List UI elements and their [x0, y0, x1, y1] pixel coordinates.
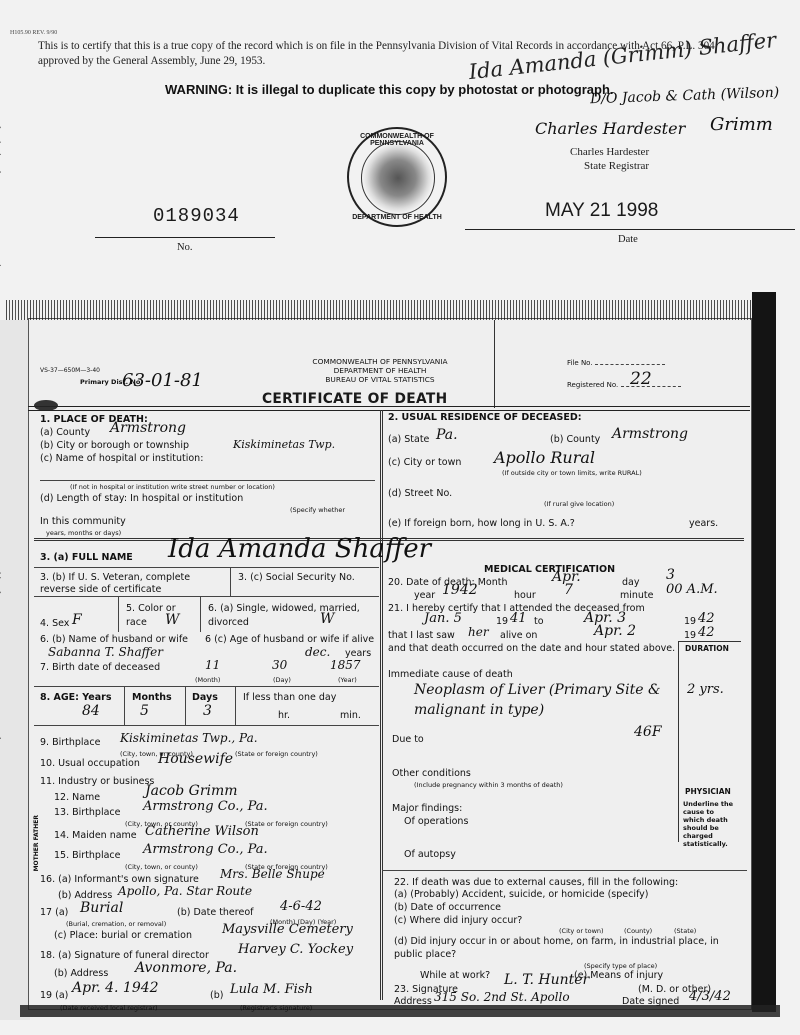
father-name-value: Jacob Grimm	[145, 783, 238, 799]
mother-birthplace-note-city: (City, town, or county)	[125, 863, 198, 871]
received-label: 19 (a)	[40, 990, 68, 1001]
attend-to-year: 42	[698, 611, 715, 626]
last-saw-text: that I last saw	[388, 630, 455, 641]
foreign-born-unit: years.	[689, 518, 718, 529]
death-county-value: Armstrong	[110, 420, 186, 436]
death-county-label: (a) County	[40, 427, 90, 438]
date-signed-value: 4/3/42	[689, 989, 731, 1004]
occupation-value: Housewife	[158, 751, 233, 767]
external-c-note-city: (City or town)	[559, 927, 604, 935]
form-number: VS-37—650M—3-40	[40, 367, 100, 374]
death-hour-label: hour	[514, 590, 536, 601]
birthplace-value: Kiskiminetas Twp., Pa.	[120, 731, 258, 745]
immediate-cause-value: Neoplasm of Liver (Primary Site & malign…	[414, 680, 664, 720]
operations-label: Of operations	[404, 816, 468, 827]
hospital-note: (If not in hospital or institution write…	[70, 483, 275, 491]
other-conditions-note: (Include pregnancy within 3 months of de…	[414, 781, 563, 789]
stay-label: (d) Length of stay: In hospital or insti…	[40, 493, 243, 504]
attend-from-year-prefix: 19	[496, 616, 508, 627]
external-a-label: (a) (Probably) Accident, suicide, or hom…	[394, 889, 649, 900]
age-years: 84	[82, 703, 100, 719]
title-rule	[28, 406, 750, 411]
warning-text: WARNING: It is illegal to duplicate this…	[165, 82, 614, 97]
handwritten-maiden-annotation: Grimm	[710, 114, 773, 135]
death-day: 3	[666, 567, 675, 583]
agency-line: DEPARTMENT OF HEALTH	[285, 366, 475, 375]
burial-place-label: (c) Place: burial or cremation	[54, 930, 192, 941]
major-findings-label: Major findings:	[392, 803, 462, 814]
alive-on-year-prefix: 19	[684, 630, 696, 641]
informant-address-value: Apollo, Pa. Star Route	[118, 884, 252, 898]
file-no-label: File No.	[567, 359, 665, 367]
mother-name-value: Catherine Wilson	[145, 824, 259, 839]
last-saw-pronoun: her	[468, 625, 489, 639]
rule	[230, 568, 231, 596]
rule	[34, 725, 379, 726]
duration-value: 2 yrs.	[687, 682, 724, 697]
rule	[34, 596, 379, 597]
spouse-value: Sabanna T. Shaffer	[48, 645, 163, 659]
mother-birthplace-value: Armstrong Co., Pa.	[143, 842, 268, 857]
rule	[34, 686, 379, 687]
birth-unit-year: (Year)	[338, 676, 357, 684]
rule	[382, 870, 747, 871]
seal-top-text: COMMONWEALTH OF PENNSYLVANIA	[349, 133, 445, 147]
rule	[124, 687, 125, 725]
registrar-block: Charles Hardester State Registrar	[570, 145, 649, 173]
death-day-label: day	[622, 577, 639, 588]
scan-noise-band	[6, 300, 761, 320]
signer-address-value: 315 So. 2nd St. Apollo	[434, 990, 570, 1004]
birth-unit-day: (Day)	[273, 676, 291, 684]
registrar-title: State Registrar	[570, 159, 649, 173]
attend-from: Jan. 5	[424, 611, 462, 626]
color-value: W	[165, 612, 179, 628]
informant-value: Mrs. Belle Shupe	[220, 867, 325, 881]
attend-to-label: to	[534, 616, 544, 627]
external-b-label: (b) Date of occurrence	[394, 902, 501, 913]
sex-label: 4. Sex	[40, 618, 69, 629]
rule	[235, 687, 236, 725]
medical-heading: MEDICAL CERTIFICATION	[484, 564, 615, 575]
registered-no-value: 22	[630, 369, 652, 389]
disposition-date-label: (b) Date thereof	[177, 907, 253, 918]
external-d-note: (Specify type of place)	[584, 962, 657, 970]
external-c-label: (c) Where did injury occur?	[394, 915, 522, 926]
birth-unit-month: (Month)	[195, 676, 220, 684]
birth-month: 11	[205, 658, 220, 672]
signature-value: L. T. Hunter	[504, 972, 589, 988]
immediate-cause-label: Immediate cause of death	[388, 669, 513, 680]
state-seal-icon: COMMONWEALTH OF PENNSYLVANIA DEPARTMENT …	[347, 127, 447, 227]
age-days-label: Days	[192, 692, 218, 703]
registrar-signature: Charles Hardester	[535, 119, 685, 138]
hospital-label: (c) Name of hospital or institution:	[40, 453, 203, 464]
registered-no-text: Registered No.	[567, 381, 618, 389]
residence-city-value: Apollo Rural	[494, 448, 595, 467]
foreign-born-label: (e) If foreign born, how long in U. S. A…	[388, 518, 575, 529]
birth-date-label: 7. Birth date of deceased	[40, 662, 160, 673]
while-at-work-label: While at work?	[420, 970, 490, 981]
death-minute: 00 A.M.	[666, 582, 718, 597]
alive-on: Apr. 2	[594, 623, 636, 639]
residence-county-value: Armstrong	[612, 426, 688, 442]
veteran-label: 3. (b) If U. S. Veteran, complete revers…	[40, 572, 225, 596]
mother-birthplace-label: 15. Birthplace	[54, 850, 121, 861]
certificate-number: 0189034	[153, 205, 240, 227]
attend-from-year: 41	[510, 611, 527, 626]
physician-heading: PHYSICIAN	[685, 787, 731, 796]
rule	[40, 480, 375, 481]
spouse-age-label: 6 (c) Age of husband or wife if alive	[205, 634, 374, 645]
duration-box: DURATION 2 yrs. PHYSICIAN Underline the …	[678, 641, 741, 842]
community-label: In this community	[40, 516, 126, 527]
funeral-address-value: Avonmore, Pa.	[135, 960, 237, 976]
scan-edge-band	[752, 292, 776, 1012]
registrar-sig-value: Lula M. Fish	[230, 982, 313, 997]
burial-place-value: Maysville Cemetery	[222, 922, 353, 937]
father-name-label: 12. Name	[54, 792, 100, 803]
number-label: No.	[177, 242, 192, 253]
birthplace-note-state: (State or foreign country)	[235, 750, 318, 758]
full-name-label: 3. (a) FULL NAME	[40, 552, 133, 563]
age-months: 5	[140, 703, 149, 719]
color-label: 5. Color or race	[126, 602, 196, 630]
rule	[34, 567, 379, 568]
seal-bottom-text: DEPARTMENT OF HEALTH	[349, 214, 445, 221]
alive-on-label: alive on	[500, 630, 537, 641]
due-to-label: Due to	[392, 734, 424, 745]
spouse-age-value: dec.	[305, 645, 330, 659]
residence-state-value: Pa.	[436, 427, 458, 443]
registered-no-label: Registered No.	[567, 381, 681, 389]
father-birthplace-label: 13. Birthplace	[54, 807, 121, 818]
age-years-label: 8. AGE: Years	[40, 692, 111, 703]
disposition-note: (Burial, cremation, or removal)	[66, 920, 166, 928]
death-hour: 7	[564, 582, 573, 598]
external-c-note-state: (State)	[674, 927, 696, 935]
sex-value: F	[72, 612, 82, 628]
agency-block: COMMONWEALTH OF PENNSYLVANIA DEPARTMENT …	[285, 357, 475, 384]
registrar-sig-label: (b)	[210, 990, 223, 1001]
column-divider	[380, 410, 383, 1000]
mother-name-label: 14. Maiden name	[54, 830, 137, 841]
margin-strip	[0, 320, 30, 1020]
death-year-label: year	[414, 590, 435, 601]
disposition-label: 17 (a)	[40, 907, 68, 918]
death-city-value: Kiskiminetas Twp.	[233, 438, 335, 451]
external-heading: 22. If death was due to external causes,…	[394, 877, 678, 888]
disposition-date-value: 4-6-42	[280, 899, 322, 914]
spouse-label: 6. (b) Name of husband or wife	[40, 634, 188, 645]
primary-dist-value: 63-01-81	[122, 370, 203, 391]
residence-city-label: (c) City or town	[388, 457, 461, 468]
death-minute-label: minute	[620, 590, 654, 601]
funeral-director-value: Harvey C. Yockey	[238, 942, 353, 957]
residence-street-note: (If rural give location)	[544, 500, 614, 508]
duration-label: DURATION	[685, 644, 729, 653]
received-value: Apr. 4. 1942	[72, 980, 159, 996]
physician-note: Underline the cause to which death shoul…	[683, 800, 737, 848]
date-signed-label: Date signed	[622, 996, 679, 1007]
form-code: H105.90 REV. 9/90	[10, 30, 57, 36]
birthplace-label: 9. Birthplace	[40, 737, 100, 748]
marital-label: 6. (a) Single, widowed, married, divorce…	[208, 602, 378, 630]
residence-heading: 2. USUAL RESIDENCE OF DECEASED:	[388, 412, 582, 423]
residence-county-label: (b) County	[550, 434, 600, 445]
birth-year: 1857	[330, 658, 361, 672]
occupation-label: 10. Usual occupation	[40, 758, 140, 769]
ssn-label: 3. (c) Social Security No.	[238, 572, 368, 584]
external-c-note-county: (County)	[624, 927, 652, 935]
less-than-day-label: If less than one day	[243, 692, 336, 703]
occurred-text: and that death occurred on the date and …	[388, 643, 678, 655]
certificate-title: CERTIFICATE OF DEATH	[262, 391, 447, 407]
residence-street-label: (d) Street No.	[388, 488, 452, 499]
signer-address-label: Address	[394, 996, 432, 1007]
min-label: min.	[340, 710, 361, 721]
residence-state-label: (a) State	[388, 434, 429, 445]
date-rule	[465, 229, 795, 230]
rule	[200, 597, 201, 632]
autopsy-label: Of autopsy	[404, 849, 456, 860]
received-note: (Date received local registrar)	[60, 1004, 158, 1012]
date-label: Date	[618, 234, 638, 245]
father-birthplace-value: Armstrong Co., Pa.	[143, 799, 268, 814]
industry-label: 11. Industry or business	[40, 776, 154, 787]
registrar-name: Charles Hardester	[570, 145, 649, 159]
age-days: 3	[203, 703, 212, 719]
parents-side-label: MOTHER FATHER	[33, 815, 43, 871]
registrar-sig-note: (Registrar's signature)	[240, 1004, 312, 1012]
side-instructions: N. B.—Every item of information should b…	[0, 0, 1, 780]
community-note: years, months or days)	[46, 529, 121, 537]
death-city-label: (b) City or borough or township	[40, 440, 189, 451]
alive-on-year: 42	[698, 625, 715, 640]
funeral-address-label: (b) Address	[54, 968, 108, 979]
due-to-mark: 46F	[634, 724, 662, 740]
residence-city-note: (If outside city or town limits, write R…	[502, 469, 642, 477]
hr-label: hr.	[278, 710, 290, 721]
disposition-value: Burial	[80, 900, 123, 916]
number-rule	[95, 237, 275, 238]
rule	[185, 687, 186, 725]
handwritten-parents-annotation: D/O Jacob & Cath (Wilson)	[590, 85, 780, 108]
stay-note: (Specify whether	[290, 506, 345, 514]
agency-line: COMMONWEALTH OF PENNSYLVANIA	[285, 357, 475, 366]
issue-date: MAY 21 1998	[545, 200, 658, 222]
other-conditions-label: Other conditions	[392, 768, 471, 779]
birth-day: 30	[272, 658, 287, 672]
file-no-value	[595, 364, 665, 365]
marital-value: W	[320, 611, 334, 627]
full-name-value: Ida Amanda Shaffer	[168, 534, 431, 564]
header-divider	[494, 320, 495, 408]
rule	[118, 597, 119, 632]
age-months-label: Months	[132, 692, 172, 703]
death-year: 1942	[442, 582, 478, 598]
agency-line: BUREAU OF VITAL STATISTICS	[285, 375, 475, 384]
seal-emblem	[361, 141, 435, 215]
external-d-label: (d) Did injury occur in or about home, o…	[394, 935, 744, 961]
file-no-text: File No.	[567, 359, 593, 367]
attend-to-year-prefix: 19	[684, 616, 696, 627]
handwritten-name-annotation: Ida Amanda (Grimm) Shaffer	[468, 28, 778, 84]
